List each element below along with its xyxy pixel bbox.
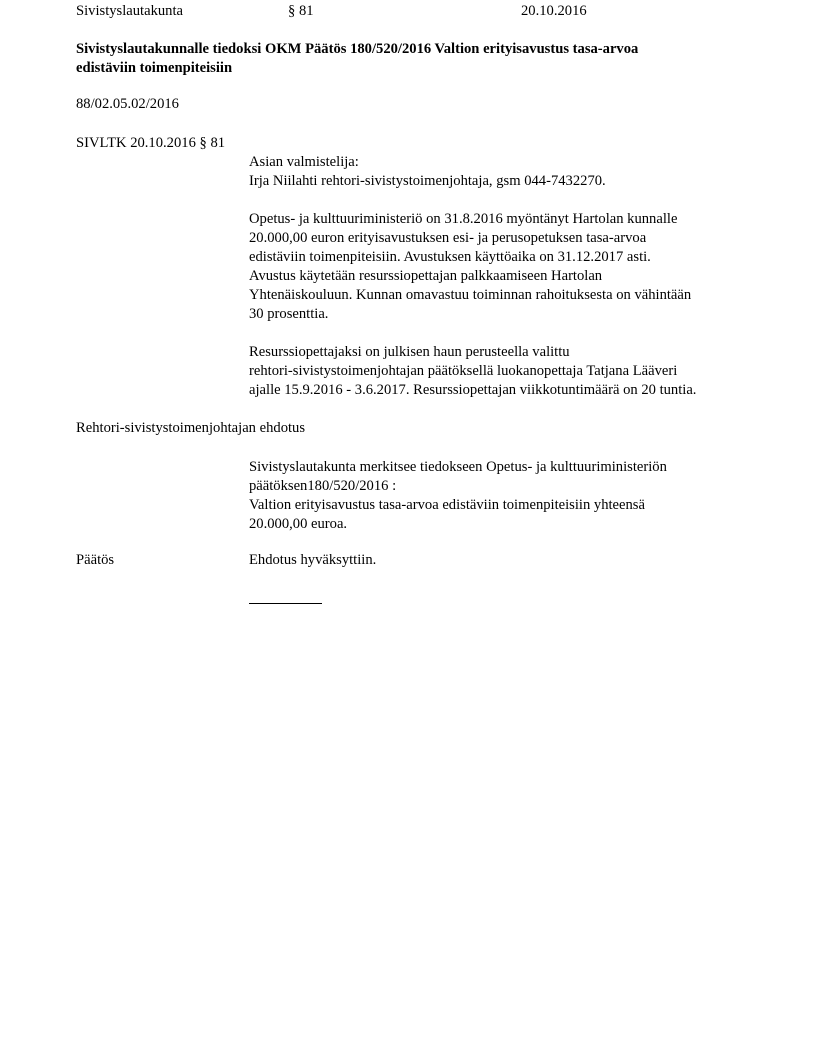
meeting-reference: SIVLTK 20.10.2016 § 81 (76, 134, 225, 153)
document-title: Sivistyslautakunnalle tiedoksi OKM Päätö… (76, 40, 756, 78)
header-date: 20.10.2016 (521, 2, 587, 21)
proposal-line: päätöksen180/520/2016 : (249, 477, 769, 496)
paragraph-line: rehtori-sivistystoimenjohtajan päätöksel… (249, 362, 769, 381)
proposal-label: Rehtori-sivistystoimenjohtajan ehdotus (76, 419, 305, 438)
preparer-label: Asian valmistelija: (249, 153, 769, 172)
diary-number: 88/02.05.02/2016 (76, 95, 179, 114)
paragraph-line: 30 prosenttia. (249, 305, 769, 324)
paragraph-line: Opetus- ja kulttuuriministeriö on 31.8.2… (249, 210, 769, 229)
header-body-name: Sivistyslautakunta (76, 2, 183, 21)
title-line: Sivistyslautakunnalle tiedoksi OKM Päätö… (76, 40, 756, 59)
paragraph-line: 20.000,00 euron erityisavustuksen esi- j… (249, 229, 769, 248)
decision-label: Päätös (76, 551, 114, 570)
paragraph-line: edistäviin toimenpiteisiin. Avustuksen k… (249, 248, 769, 267)
paragraph-line: Resurssiopettajaksi on julkisen haun per… (249, 343, 769, 362)
decision-text: Ehdotus hyväksyttiin. (249, 551, 376, 570)
paragraph-line: Yhtenäiskouluun. Kunnan omavastuu toimin… (249, 286, 769, 305)
proposal-text: Sivistyslautakunta merkitsee tiedokseen … (249, 458, 769, 534)
header-section-number: § 81 (288, 2, 314, 21)
proposal-line: Sivistyslautakunta merkitsee tiedokseen … (249, 458, 769, 477)
preparer-name: Irja Niilahti rehtori-sivistystoimenjoht… (249, 172, 769, 191)
paragraph-grant-info: Opetus- ja kulttuuriministeriö on 31.8.2… (249, 210, 769, 324)
paragraph-teacher-info: Resurssiopettajaksi on julkisen haun per… (249, 343, 769, 400)
title-line: edistäviin toimenpiteisiin (76, 59, 756, 78)
paragraph-line: Avustus käytetään resurssiopettajan palk… (249, 267, 769, 286)
proposal-line: 20.000,00 euroa. (249, 515, 769, 534)
paragraph-line: ajalle 15.9.2016 - 3.6.2017. Resurssiope… (249, 381, 769, 400)
proposal-line: Valtion erityisavustus tasa-arvoa edistä… (249, 496, 769, 515)
preparer-block: Asian valmistelija: Irja Niilahti rehtor… (249, 153, 769, 191)
signature-line (249, 603, 322, 604)
